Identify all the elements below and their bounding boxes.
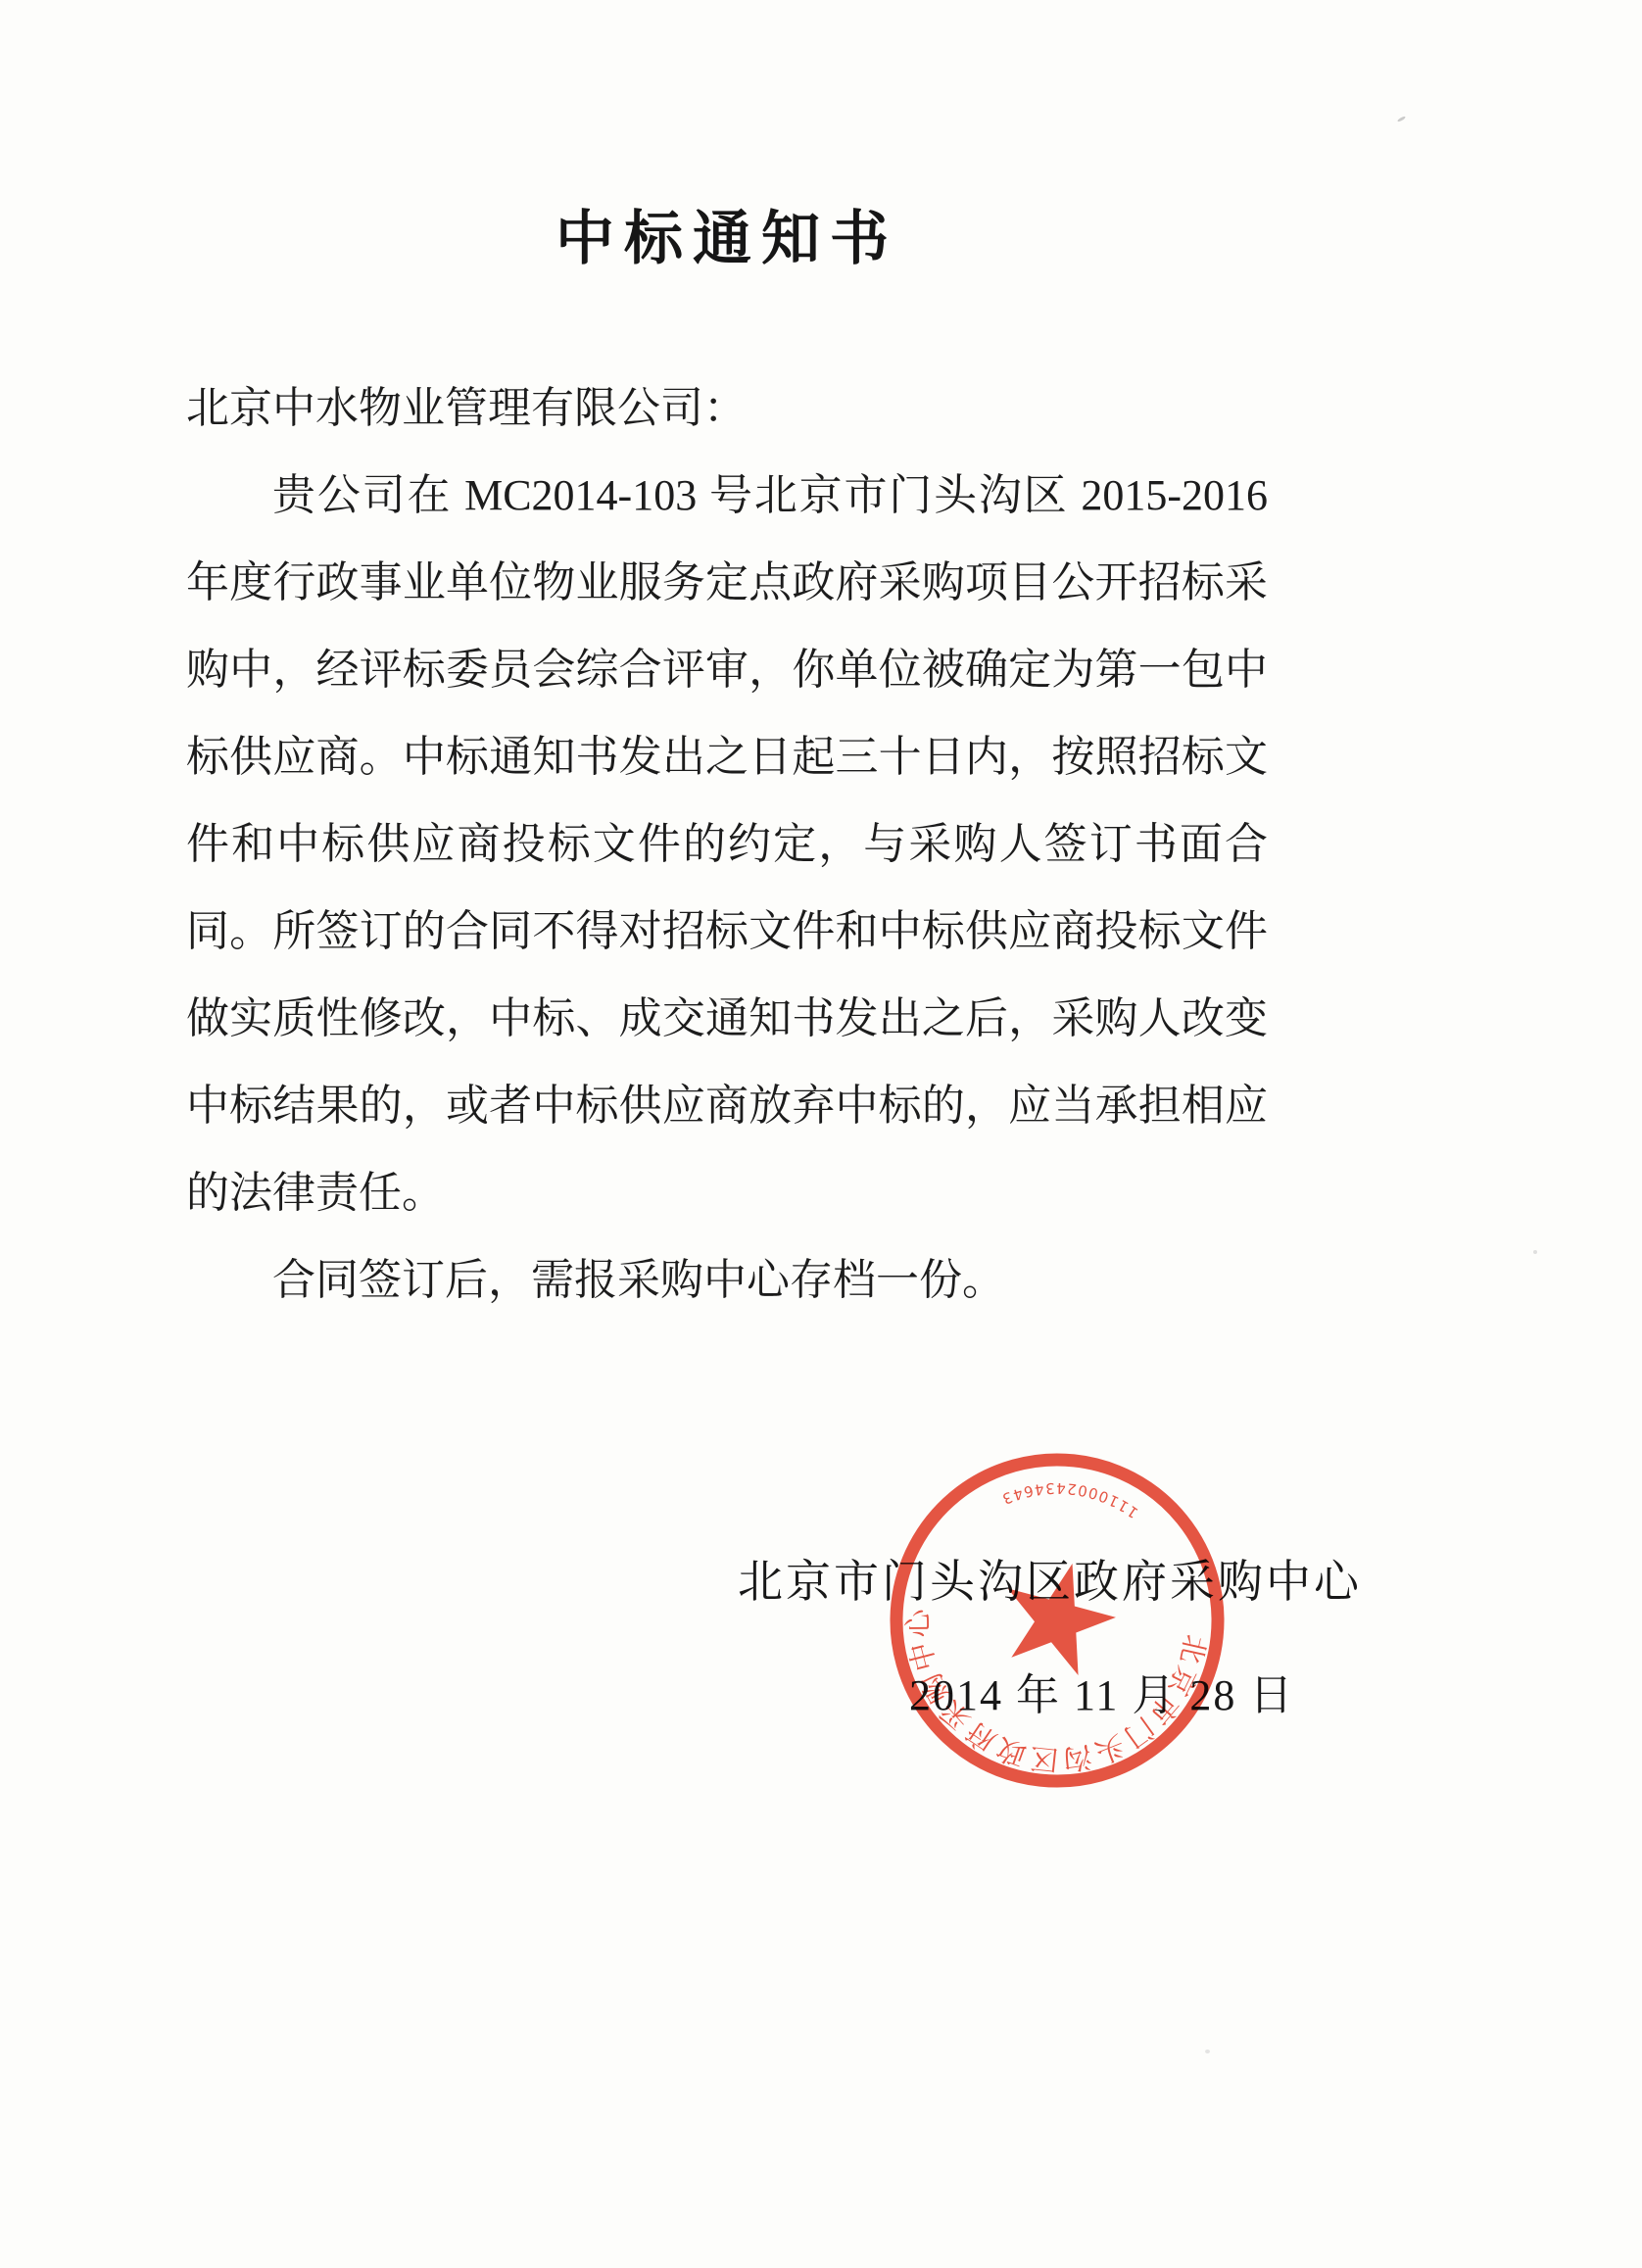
document-title: 中标通知书 [186,192,1268,276]
issuer-signature: 北京市门头沟区政府采购中心 [738,1546,1362,1611]
seal-outer-ring [881,1444,1233,1797]
letter-body: 北京中水物业管理有限公司： 贵公司在 MC2014-103 号北京市门头沟区 2… [186,364,1268,1324]
issue-date: 2014 年 11 月 28 日 [909,1660,1294,1722]
seal-serial-number: 1110002434643 [996,1472,1143,1522]
scanned-letter-page: 中标通知书 北京中水物业管理有限公司： 贵公司在 MC2014-103 号北京市… [0,0,1642,2268]
scan-speck [1397,116,1406,122]
official-seal-stamp: 北京市门头沟区政府采购中心 1110002434643 [875,1438,1239,1803]
scan-speck [1205,2050,1210,2053]
body-paragraph-1: 贵公司在 MC2014-103 号北京市门头沟区 2015-2016 年度行政事… [186,452,1268,1236]
body-paragraph-2: 合同签订后，需报采购中心存档一份。 [186,1236,1268,1324]
scan-speck [1533,1250,1537,1254]
recipient-salutation: 北京中水物业管理有限公司： [186,364,1268,452]
